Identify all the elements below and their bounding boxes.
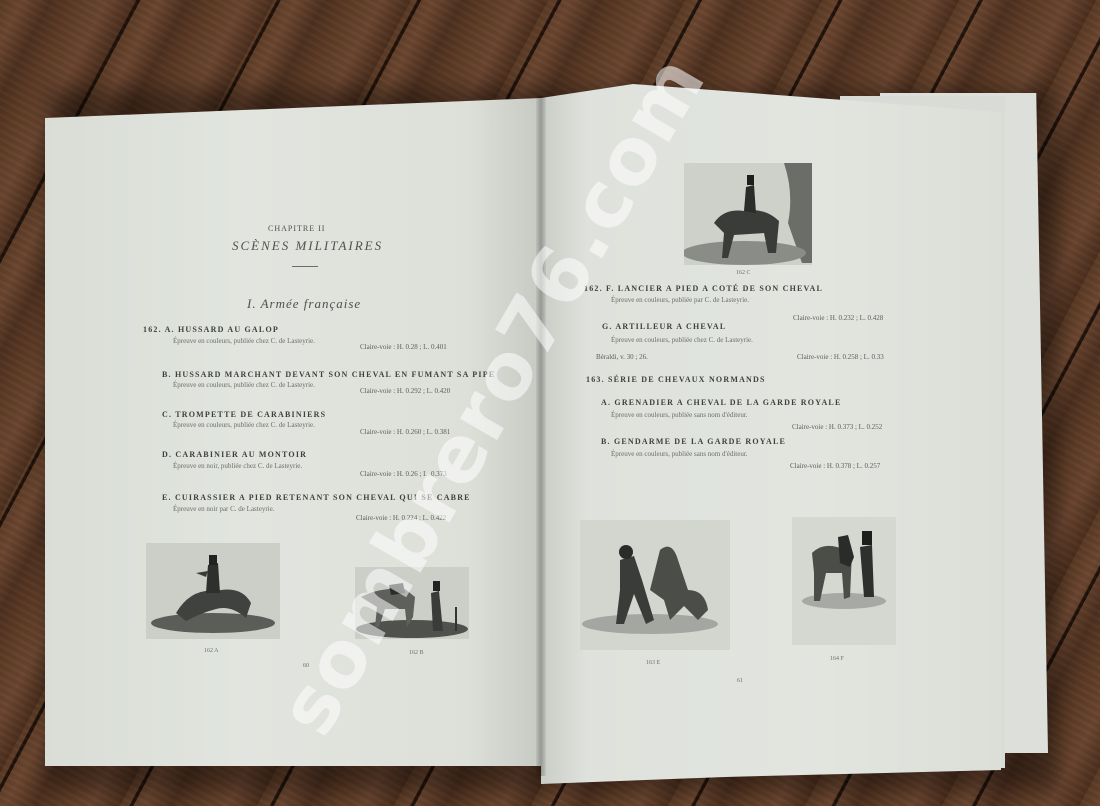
book-gutter: [536, 96, 546, 776]
entry-note: Épreuve en couleurs, publiée chez C. de …: [173, 381, 315, 389]
entry-letter: A.: [165, 325, 175, 334]
plate-lancer: [684, 163, 812, 265]
entry-heading: TROMPETTE DE CARABINIERS: [175, 410, 326, 419]
entry-heading: HUSSARD AU GALOP: [178, 325, 279, 334]
entry-letter: B.: [162, 370, 172, 379]
entry-dims: Claire-voie : H. 0.232 ; L. 0.428: [793, 314, 883, 322]
entry-number: 162.: [143, 325, 162, 334]
entry-heading: ARTILLEUR A CHEVAL: [615, 322, 726, 331]
entry-heading: GENDARME DE LA GARDE ROYALE: [614, 437, 786, 446]
plate-hussar-galloping: [146, 543, 280, 639]
gendarme-with-horse-illustration: [792, 517, 896, 645]
entry-number: 163.: [586, 375, 605, 384]
entry-bibliography: Béraldi, v. 30 ; 26.: [596, 353, 648, 361]
plate-caption: 162 C: [736, 270, 751, 276]
entry-note: Épreuve en couleurs, publiée chez C. de …: [173, 337, 315, 345]
entry-heading: HUSSARD MARCHANT DEVANT SON CHEVAL EN FU…: [175, 370, 495, 379]
plate-caption: 163 E: [646, 660, 660, 666]
chapter-label: CHAPITRE II: [268, 224, 325, 233]
entry-letter: C.: [162, 410, 172, 419]
entry-note: Épreuve en couleurs, publiée chez C. de …: [173, 421, 315, 429]
entry-heading: GRENADIER A CHEVAL DE LA GARDE ROYALE: [614, 398, 841, 407]
entry-heading: SÉRIE DE CHEVAUX NORMANDS: [608, 375, 766, 384]
entry-letter: G.: [602, 322, 613, 331]
page-number: 61: [737, 678, 743, 684]
entry-dims: Claire-voie : H. 0.258 ; L. 0.33: [797, 353, 884, 361]
entry-note: Épreuve en couleurs, publiée sans nom d'…: [611, 411, 748, 419]
entry-note: Épreuve en couleurs, publiée par C. de L…: [611, 296, 749, 304]
plate-gendarme: [792, 517, 896, 645]
soldier-and-rearing-horse-illustration: [580, 520, 730, 650]
entry-dims: Claire-voie : H. 0.373 ; L. 0.252: [792, 423, 882, 431]
entry-letter: D.: [162, 450, 172, 459]
plate-cuirassier-rearing-horse: [580, 520, 730, 650]
hussar-galloping-illustration: [146, 543, 280, 639]
title-divider: [292, 266, 318, 267]
entry-letter: A.: [601, 398, 611, 407]
entry-heading: CARABINIER AU MONTOIR: [175, 450, 307, 459]
entry-letter: B.: [601, 437, 611, 446]
entry-letter: E.: [162, 493, 172, 502]
chapter-title: SCÈNES MILITAIRES: [232, 238, 383, 254]
entry-note: Épreuve en noir, publiée chez C. de Last…: [173, 462, 302, 470]
entry-dims: Claire-voie : H. 0.292 ; L. 0.420: [360, 387, 450, 395]
entry-note: Épreuve en couleurs, publiée sans nom d'…: [611, 450, 748, 458]
entry-dims: Claire-voie : H. 0.378 ; L. 0.257: [790, 462, 880, 470]
entry-dims: Claire-voie : H. 0.28 ; L. 0.401: [360, 343, 447, 351]
lancer-on-horse-illustration: [684, 163, 812, 265]
entry-heading: LANCIER A PIED A COTÉ DE SON CHEVAL: [618, 284, 823, 293]
plate-caption: 164 F: [830, 656, 844, 662]
plate-caption: 162 A: [204, 648, 219, 654]
section-title: I. Armée française: [247, 296, 361, 312]
plate-caption: 162 B: [409, 650, 424, 656]
entry-note: Épreuve en noir par C. de Lasteyrie.: [173, 505, 274, 513]
entry-note: Épreuve en couleurs, publiée chez C. de …: [611, 336, 753, 344]
